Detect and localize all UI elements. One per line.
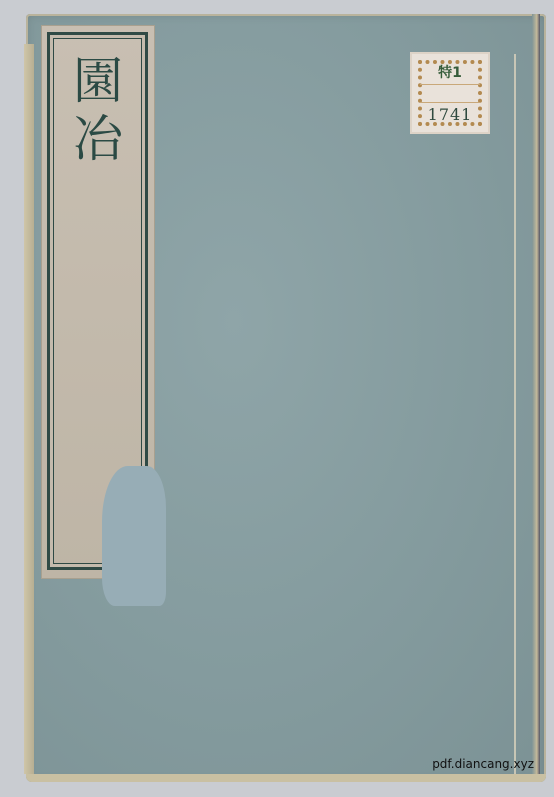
book-title: 園冶 <box>60 54 130 170</box>
label-divider <box>420 102 480 103</box>
label-code: 特1 <box>412 62 488 82</box>
cover-left-edge <box>24 44 34 774</box>
title-slip: 園冶 <box>42 26 154 578</box>
label-divider <box>420 84 480 85</box>
torn-area <box>102 466 166 606</box>
book-cover: 園冶 特1 1741 <box>26 14 546 782</box>
label-number: 1741 <box>412 105 488 124</box>
binding-thread <box>514 54 516 774</box>
watermark: pdf.diancang.xyz <box>432 757 534 771</box>
spine-edge <box>532 14 540 782</box>
library-label: 特1 1741 <box>412 54 488 132</box>
cover-bottom-edge <box>26 774 546 782</box>
